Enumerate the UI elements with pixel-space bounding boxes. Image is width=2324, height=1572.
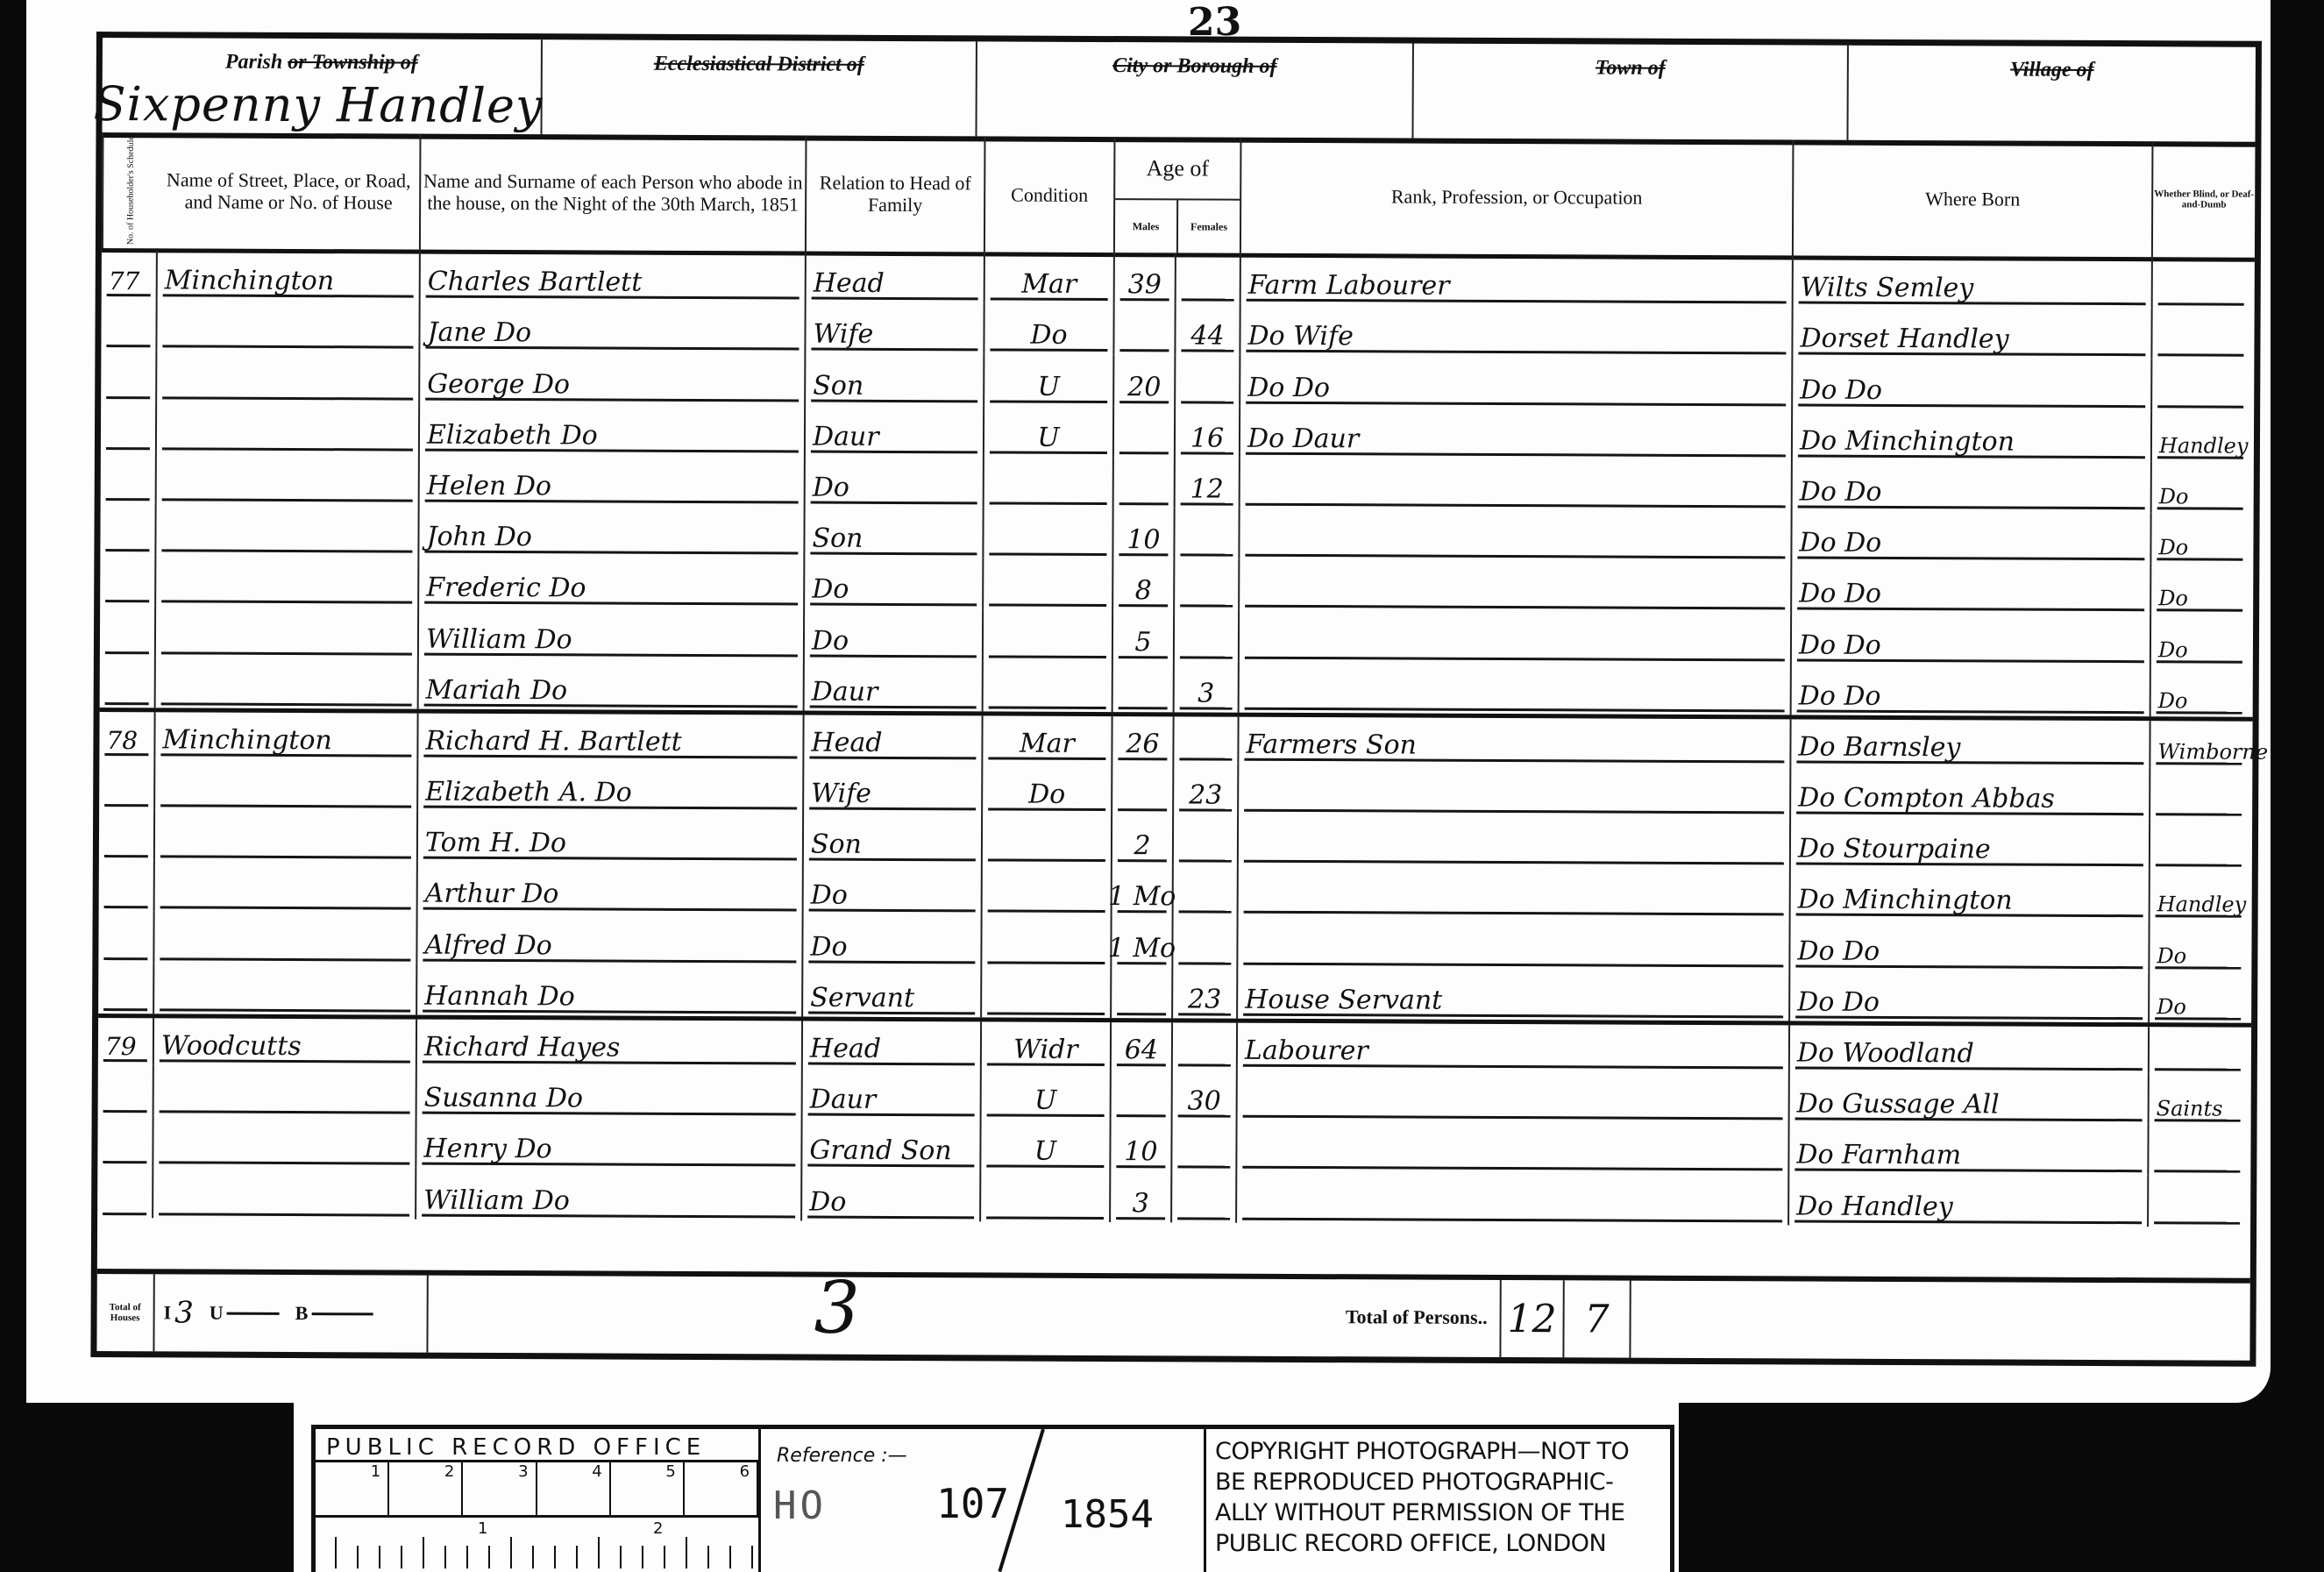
relation-to-head: Do: [805, 608, 984, 660]
condition: Widr: [982, 1021, 1112, 1069]
city-borough-cell: City or Borough of: [977, 41, 1413, 138]
occupation: [1240, 559, 1792, 613]
header-males: Males: [1115, 200, 1178, 253]
male-age: [1112, 763, 1174, 814]
street-name: Woodcutts: [154, 1018, 417, 1065]
where-born: Do Do: [1790, 919, 2150, 971]
blind-deaf-note: Handley: [2150, 869, 2247, 921]
street-name: Minchington: [155, 712, 418, 759]
table-row: Arthur DoDo1 MoDo MinchingtonHandley: [99, 860, 2252, 921]
street-name: [154, 912, 417, 964]
occupation: [1240, 509, 1792, 562]
village-cell: Village of: [1848, 46, 2255, 142]
occupation: Farm Labourer: [1241, 253, 1794, 307]
relation-to-head: Daur: [803, 1068, 982, 1120]
occupation: [1238, 916, 1790, 970]
male-age: 1 Mo: [1112, 864, 1174, 915]
person-name: Tom H. Do: [418, 811, 804, 864]
male-age: [1114, 303, 1176, 354]
street-name: [155, 758, 418, 810]
table-row: Elizabeth A. DoWifeDo23Do Compton Abbas: [99, 758, 2252, 819]
header-where-born: Where Born: [1794, 139, 2154, 257]
parish-label: Parish: [225, 51, 282, 74]
condition: [981, 1170, 1111, 1222]
condition: [983, 813, 1112, 864]
male-age: 64: [1112, 1022, 1173, 1069]
table-row: 79WoodcuttsRichard HayesHeadWidr64Labour…: [98, 1014, 2251, 1074]
schedule-number: [100, 554, 156, 605]
blind-deaf-note: Saints: [2150, 1073, 2246, 1125]
relation-to-head: Head: [807, 252, 985, 303]
male-age: [1114, 457, 1176, 508]
relation-to-head: Do: [806, 455, 984, 507]
relation-to-head: Do: [804, 864, 983, 915]
header-schedule-no: No. of Householder's Schedule: [102, 132, 159, 248]
reference-number: 107: [936, 1480, 1009, 1527]
person-name: Frederic Do: [419, 556, 805, 608]
scan-edge-left: [0, 0, 26, 1572]
table-row: Henry DoGrand SonU10Do Farnham: [97, 1115, 2250, 1176]
occupation: Do Do: [1240, 355, 1793, 409]
blind-deaf-note: Handley: [2152, 410, 2249, 462]
occupation: [1238, 1070, 1790, 1123]
schedule-number: 79: [98, 1018, 154, 1064]
blind-deaf-note: [2152, 359, 2249, 411]
person-name: Alfred Do: [417, 913, 803, 965]
female-age: [1173, 916, 1238, 968]
blind-deaf-note: Wimborne: [2150, 721, 2247, 768]
table-row: William DoDo3Do Handley: [97, 1166, 2250, 1227]
total-persons-label: Total of Persons..: [1346, 1305, 1488, 1329]
schedule-number: [100, 605, 156, 656]
blind-deaf-note: [2149, 1124, 2245, 1176]
town-label: Town of: [1414, 56, 1847, 82]
township-label-struck: or Township of: [288, 51, 418, 75]
location-band: Parish or Township of Sixpenny Handley E…: [102, 38, 2255, 147]
condition: U: [982, 1068, 1112, 1120]
scale-ruler: PUBLIC RECORD OFFICE 1 2 3 4 5 6 1 2: [316, 1429, 761, 1572]
occupation: House Servant: [1238, 967, 1790, 1021]
schedule-number: [100, 657, 156, 708]
street-name: [155, 809, 418, 861]
female-age: [1175, 610, 1240, 662]
schedule-number: 77: [102, 248, 158, 299]
copyright-notice: COPYRIGHT PHOTOGRAPH—NOT TO BE REPRODUCE…: [1206, 1429, 1670, 1572]
relation-to-head: Head: [803, 1021, 982, 1068]
male-age: 10: [1111, 1120, 1172, 1170]
where-born: Do Stourpaine: [1791, 817, 2150, 870]
where-born: Do Do: [1792, 613, 2151, 665]
person-name: Susanna Do: [417, 1066, 803, 1119]
header-age-of: Age of: [1115, 137, 1240, 201]
where-born: Do Do: [1792, 510, 2151, 563]
street-name: [157, 351, 420, 402]
where-born: Do Farnham: [1789, 1123, 2149, 1176]
occupation: [1237, 1120, 1789, 1174]
total-males: 12: [1501, 1280, 1564, 1357]
where-born: Do Minchington: [1793, 409, 2152, 461]
relation-to-head: Wife: [806, 302, 984, 354]
blind-deaf-note: [2150, 767, 2247, 819]
blind-deaf-note: [2153, 257, 2249, 309]
table-row: Alfred DoDo1 MoDo DoDo: [98, 911, 2251, 971]
relation-to-head: Daur: [806, 404, 984, 456]
female-age: [1172, 1171, 1237, 1223]
blind-deaf-note: [2152, 308, 2249, 359]
male-age: [1112, 1069, 1173, 1120]
female-age: 3: [1175, 661, 1240, 713]
relation-to-head: Head: [804, 715, 983, 762]
column-headers: No. of Householder's Schedule Name of St…: [102, 132, 2256, 262]
reference-piece: 1854: [1061, 1492, 1154, 1537]
reference-prefix: HO: [773, 1483, 827, 1528]
street-name: [154, 963, 417, 1014]
occupation: Labourer: [1238, 1023, 1790, 1072]
female-age: 23: [1174, 763, 1239, 814]
ecclesiastical-cell: Ecclesiastical District of: [542, 39, 977, 136]
inhabited-count: 3: [174, 1295, 194, 1330]
where-born: Do Do: [1792, 664, 2151, 716]
relation-to-head: Do: [802, 1170, 981, 1221]
reference-box: Reference :— HO 107 1854: [761, 1429, 1206, 1572]
table-row: Elizabeth DoDaurU16Do DaurDo Minchington…: [101, 402, 2254, 462]
relation-to-head: Wife: [804, 761, 983, 813]
male-age: 20: [1114, 354, 1176, 405]
female-age: [1174, 716, 1239, 764]
occupation: Do Daur: [1240, 406, 1793, 459]
blind-deaf-note: Do: [2151, 665, 2248, 717]
blind-deaf-note: [2150, 1027, 2246, 1074]
street-name: [153, 1115, 416, 1167]
blind-deaf-note: Do: [2151, 615, 2248, 666]
condition: U: [981, 1120, 1111, 1171]
inch-scale: 1 2 3 4 5 6: [316, 1462, 758, 1518]
person-name: Arthur Do: [418, 862, 804, 914]
where-born: Do Minchington: [1791, 868, 2150, 921]
condition: Do: [984, 303, 1114, 355]
condition: Do: [983, 762, 1112, 814]
occupation: Do Wife: [1240, 304, 1793, 358]
header-relation: Relation to Head of Family: [807, 136, 986, 253]
street-name: [155, 861, 418, 913]
relation-to-head: Do: [803, 914, 982, 966]
female-age: 12: [1176, 457, 1240, 509]
relation-to-head: Son: [805, 506, 984, 558]
blind-deaf-note: Do: [2150, 971, 2246, 1023]
schedule-number: [101, 350, 157, 401]
schedule-number: 78: [99, 712, 155, 758]
occupation: [1239, 814, 1791, 868]
relation-to-head: Son: [804, 813, 983, 864]
blind-deaf-note: Do: [2151, 512, 2248, 564]
person-name: Richard Hayes: [417, 1019, 803, 1067]
condition: [982, 966, 1112, 1018]
person-name: Henry Do: [416, 1117, 802, 1170]
schedule-number: [98, 911, 154, 962]
occupation: [1239, 764, 1791, 817]
header-name: Name and Surname of each Person who abod…: [421, 134, 807, 252]
blind-deaf-note: Do: [2150, 921, 2246, 972]
condition: Mar: [983, 715, 1112, 763]
condition: [984, 660, 1113, 712]
male-age: 2: [1112, 814, 1174, 864]
street-name: [156, 657, 419, 708]
blind-deaf-note: Do: [2152, 461, 2249, 513]
table-row: John DoSon10Do DoDo: [100, 503, 2253, 564]
female-age: [1176, 355, 1240, 407]
schedule-number: [99, 860, 155, 911]
female-age: 44: [1176, 304, 1240, 356]
condition: U: [984, 354, 1114, 406]
parish-value: Sixpenny Handley: [94, 76, 544, 133]
table-row: Frederic DoDo8Do DoDo: [100, 554, 2253, 615]
condition: [984, 507, 1113, 558]
male-age: 5: [1113, 609, 1175, 660]
where-born: Do Compton Abbas: [1791, 765, 2150, 818]
schedule-number: [98, 1064, 154, 1115]
census-rows: 77MinchingtonCharles BartlettHeadMar39Fa…: [97, 248, 2255, 1227]
where-born: Do Gussage All: [1790, 1071, 2150, 1124]
person-name: Richard H. Bartlett: [418, 713, 804, 761]
table-row: Tom H. DoSon2Do Stourpaine: [99, 809, 2252, 870]
header-age: Age of Males Females: [1115, 137, 1242, 253]
street-name: [156, 503, 419, 555]
where-born: Do Do: [1792, 562, 2151, 615]
female-age: [1174, 814, 1239, 865]
totals-row: Total of Houses I 3 U B 3 Total of Perso…: [96, 1269, 2249, 1361]
male-age: [1113, 661, 1175, 712]
blind-deaf-note: [2150, 818, 2247, 870]
header-street: Name of Street, Place, or Road, and Name…: [158, 132, 422, 249]
schedule-number: [101, 452, 157, 503]
town-cell: Town of: [1413, 44, 1848, 140]
relation-to-head: Grand Son: [802, 1119, 981, 1170]
where-born: Do Do: [1793, 358, 2152, 410]
condition: [984, 456, 1114, 508]
table-row: 78MinchingtonRichard H. BartlettHeadMar2…: [99, 708, 2252, 768]
street-name: [153, 1167, 416, 1219]
female-age: [1175, 508, 1240, 559]
total-houses-label: Total of Houses: [96, 1274, 154, 1351]
person-name: William Do: [416, 1168, 802, 1220]
male-age: 8: [1113, 558, 1175, 609]
table-row: Hannah DoServant23House ServantDo DoDo: [98, 963, 2251, 1023]
street-name: [154, 1064, 417, 1116]
table-row: Helen DoDo12Do DoDo: [101, 452, 2254, 513]
where-born: Wilts Semley: [1794, 255, 2153, 308]
street-name: [157, 452, 420, 504]
female-age: 16: [1176, 406, 1240, 458]
households-mark: 3: [814, 1267, 860, 1350]
header-females: Females: [1178, 200, 1240, 253]
relation-to-head: Son: [806, 353, 984, 405]
female-age: [1174, 865, 1239, 917]
person-name: Charles Bartlett: [421, 250, 807, 302]
occupation: [1240, 457, 1793, 510]
male-age: 10: [1113, 508, 1175, 558]
table-row: William DoDo5Do DoDo: [100, 605, 2253, 665]
where-born: Do Woodland: [1790, 1025, 2150, 1073]
reference-label: Reference :—: [777, 1445, 907, 1467]
public-record-office-label: PUBLIC RECORD OFFICE 1 2 3 4 5 6 1 2 Ref…: [294, 1403, 1679, 1572]
condition: [984, 609, 1113, 661]
header-blind-deaf: Whether Blind, or Deaf-and-Dumb: [2153, 141, 2256, 258]
office-title: PUBLIC RECORD OFFICE: [316, 1429, 758, 1462]
census-sheet: Parish or Township of Sixpenny Handley E…: [90, 32, 2262, 1367]
person-name: John Do: [419, 505, 805, 558]
occupation: [1239, 865, 1791, 919]
condition: [984, 558, 1113, 610]
cm-scale: 1 2: [316, 1518, 758, 1568]
table-row: 77MinchingtonCharles BartlettHeadMar39Fa…: [102, 248, 2255, 309]
city-borough-label: City or Borough of: [977, 53, 1412, 79]
male-age: 26: [1112, 716, 1174, 763]
schedule-number: [97, 1166, 153, 1217]
male-age: 1 Mo: [1112, 916, 1173, 967]
table-row: Susanna DoDaurU30Do Gussage AllSaints: [98, 1064, 2251, 1125]
header-occupation: Rank, Profession, or Occupation: [1241, 138, 1795, 256]
relation-to-head: Daur: [805, 659, 984, 711]
person-name: Hannah Do: [417, 964, 803, 1016]
condition: U: [984, 405, 1114, 457]
street-name: [157, 402, 420, 453]
where-born: Dorset Handley: [1793, 307, 2152, 359]
relation-to-head: Do: [805, 558, 984, 609]
table-row: Jane DoWifeDo44Do WifeDorset Handley: [101, 299, 2254, 359]
person-name: Elizabeth A. Do: [418, 759, 804, 812]
schedule-number: [100, 503, 156, 554]
village-label: Village of: [1849, 58, 2256, 83]
blind-deaf-note: [2149, 1176, 2245, 1227]
person-name: William Do: [419, 607, 805, 659]
schedule-number: [98, 963, 154, 1014]
table-row: Mariah DoDaur3Do DoDo: [100, 657, 2253, 717]
condition: [983, 864, 1112, 916]
person-name: Mariah Do: [419, 658, 805, 710]
condition: Mar: [985, 252, 1115, 303]
schedule-number: [99, 758, 155, 809]
street-name: [157, 299, 420, 351]
occupation: [1240, 610, 1792, 664]
relation-to-head: Servant: [803, 965, 982, 1017]
male-age: 39: [1115, 253, 1176, 303]
female-age: [1176, 253, 1241, 304]
ecclesiastical-district-label: Ecclesiastical District of: [543, 52, 976, 77]
where-born: Do Handley: [1789, 1174, 2149, 1227]
schedule-number: [101, 402, 157, 452]
female-age: 30: [1173, 1069, 1238, 1120]
parish-cell: Parish or Township of Sixpenny Handley: [102, 38, 542, 134]
person-name: Jane Do: [420, 301, 806, 353]
schedule-number: [97, 1115, 153, 1166]
where-born: Do Do: [1793, 459, 2152, 512]
person-name: Elizabeth Do: [420, 402, 806, 455]
street-name: Minchington: [158, 248, 421, 300]
header-condition: Condition: [985, 136, 1116, 253]
occupation: [1240, 661, 1792, 715]
occupation: [1237, 1171, 1789, 1225]
male-age: [1114, 406, 1176, 457]
female-age: [1172, 1120, 1237, 1172]
schedule-number: [99, 809, 155, 860]
table-row: George DoSonU20Do DoDo Do: [101, 350, 2254, 410]
blind-deaf-note: Do: [2151, 563, 2248, 615]
person-name: Helen Do: [420, 453, 806, 506]
female-age: 23: [1173, 967, 1238, 1019]
condition: [982, 915, 1112, 967]
where-born: Do Barnsley: [1791, 719, 2150, 767]
female-age: [1175, 558, 1240, 610]
male-age: [1112, 967, 1173, 1018]
schedule-number: [101, 299, 157, 350]
where-born: Do Do: [1790, 970, 2150, 1022]
total-females: 7: [1564, 1280, 1631, 1357]
occupation: Farmers Son: [1239, 716, 1791, 765]
person-name: George Do: [420, 352, 806, 404]
street-name: [156, 606, 419, 658]
female-age: [1173, 1022, 1238, 1070]
male-age: 3: [1111, 1170, 1172, 1221]
house-totals: I 3 U B: [154, 1274, 428, 1352]
street-name: [156, 554, 419, 606]
